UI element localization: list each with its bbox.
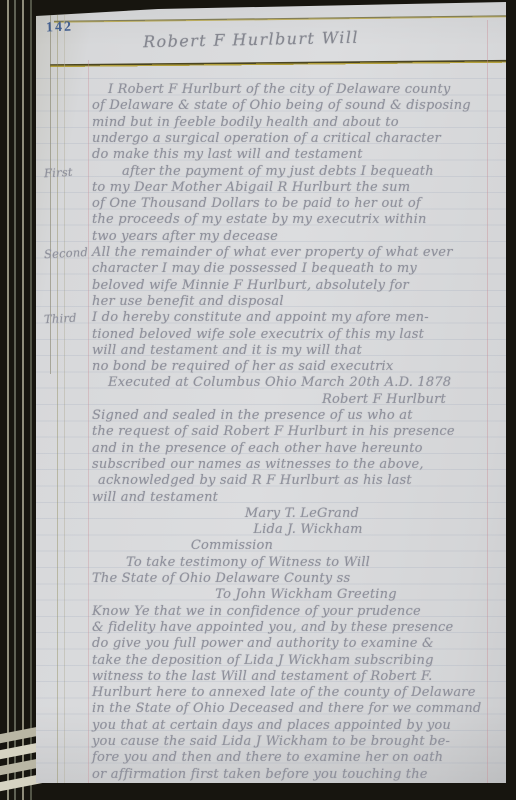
margin-label: Second [44, 244, 93, 263]
page-edge-line [22, 0, 24, 800]
testator-signature: Robert F Hurlburt [92, 392, 496, 408]
handwritten-line: undergo a surgical operation of a critic… [92, 131, 496, 147]
handwritten-line: do give you full power and authority to … [92, 636, 496, 652]
handwritten-line: you that at certain days and places appo… [92, 718, 496, 734]
handwritten-line: To John Wickham Greeting [104, 587, 508, 603]
witness-signature: Mary T. LeGrand [100, 506, 504, 522]
book-spine [0, 0, 40, 800]
handwritten-body: I Robert F Hurlburt of the city of Delaw… [92, 0, 496, 783]
margin-label: Third [44, 309, 93, 328]
section-heading: Commission [30, 538, 434, 554]
handwritten-line: & fidelity have appointed you, and by th… [92, 620, 496, 636]
handwritten-line: witness to the last Will and testament o… [92, 669, 496, 685]
handwritten-line: fore you and then and there to examine h… [92, 750, 496, 766]
handwritten-line: will and testament [92, 490, 496, 506]
handwritten-line: subscribed our names as witnesses to the… [92, 457, 496, 473]
page-edge-line [7, 0, 9, 800]
handwritten-line: you cause the said Lida J Wickham to be … [92, 734, 496, 750]
handwritten-line: All the remainder of what ever property … [92, 245, 496, 261]
ledger-page: 142 Robert F Hurlburt Will I Robert F Hu… [36, 0, 506, 783]
handwritten-line: character I may die possessed I bequeath… [92, 261, 496, 277]
handwritten-line: beloved wife Minnie F Hurlburt, absolute… [92, 278, 496, 294]
handwritten-line: to my Dear Mother Abigail R Hurlburt the… [92, 180, 496, 196]
handwritten-line: tioned beloved wife sole executrix of th… [92, 327, 496, 343]
handwritten-line: of Delaware & state of Ohio being of sou… [92, 98, 496, 114]
handwritten-line: the request of said Robert F Hurlburt in… [92, 424, 496, 440]
scanned-will-record-photo: { "document": { "page_number": "142", "t… [0, 0, 516, 800]
handwritten-line: in the State of Ohio Deceased and there … [92, 701, 496, 717]
handwritten-line: Executed at Columbus Ohio March 20th A.D… [92, 375, 496, 391]
handwritten-line: Hurlburt here to annexed late of the cou… [92, 685, 496, 701]
handwritten-line: or affirmation first taken before you to… [92, 767, 496, 783]
handwritten-line: of One Thousand Dollars to be paid to he… [92, 196, 496, 212]
handwritten-line: two years after my decease [92, 229, 496, 245]
handwritten-line: Know Ye that we in confidence of your pr… [92, 604, 496, 620]
handwritten-line: and in the presence of each other have h… [92, 441, 496, 457]
handwritten-line: do make this my last will and testament [92, 147, 496, 163]
handwritten-line: the proceeds of my estate by my executri… [92, 212, 496, 228]
handwritten-line: acknowledged by said R F Hurlburt as his… [92, 473, 496, 489]
handwritten-line: I Robert F Hurlburt of the city of Delaw… [92, 82, 496, 98]
handwritten-line: after the payment of my just debts I beq… [92, 164, 496, 180]
handwritten-line: The State of Ohio Delaware County ss [92, 571, 496, 587]
handwritten-line: will and testament and it is my will tha… [92, 343, 496, 359]
handwritten-line: Signed and sealed in the presence of us … [92, 408, 496, 424]
page-edge-line [14, 0, 16, 800]
handwritten-line: I do hereby constitute and appoint my af… [92, 310, 496, 326]
handwritten-line: no bond be required of her as said execu… [92, 359, 496, 375]
handwritten-line: mind but in feeble bodily health and abo… [92, 115, 496, 131]
handwritten-line: take the deposition of Lida J Wickham su… [92, 653, 496, 669]
handwritten-line: To take testimony of Witness to Will [46, 555, 450, 571]
witness-signature: Lida J. Wickham [106, 522, 510, 538]
handwritten-line: her use benefit and disposal [92, 294, 496, 310]
margin-label: First [44, 162, 93, 181]
page-edge-line [30, 0, 32, 800]
